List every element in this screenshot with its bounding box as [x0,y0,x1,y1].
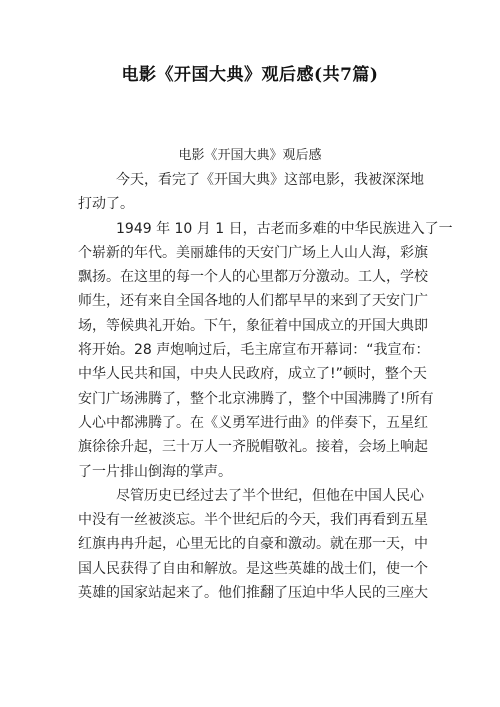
text-line: 旗徐徐升起，三十万人一齐脱帽敬礼。接着，会场上响起 [78,435,424,459]
text-line: 英雄的国家站起来了。他们推翻了压迫中华人民的三座大 [78,581,424,605]
text-line: 师生，还有来自全国各地的人们都早早的来到了天安门广 [78,289,424,313]
essay-subtitle: 电影《开国大典》观后感 [0,144,500,163]
text-line: 个崭新的年代。美丽雄伟的天安门广场上人山人海，彩旗 [78,241,424,265]
text-line: 了一片排山倒海的掌声。 [78,460,424,484]
text-line: 国人民获得了自由和解放。是这些英雄的战士们，使一个 [78,557,424,581]
text-line: 中没有一丝被淡忘。半个世纪后的今天，我们再看到五星 [78,508,424,532]
text-line: 尽管历史已经过去了半个世纪，但他在中国人民心 [78,484,424,508]
text-line: 红旗冉冉升起，心里无比的自豪和激动。就在那一天，中 [78,532,424,556]
text-line: 打动了。 [78,192,424,216]
text-line: 飘扬。在这里的每一个人的心里都万分激动。工人，学校 [78,265,424,289]
essay-body: 今天，看完了《开国大典》这部电影，我被深深地 打动了。 1949 年 10 月 … [78,168,424,605]
text-line: 今天，看完了《开国大典》这部电影，我被深深地 [78,168,424,192]
text-line: 人心中都沸腾了。在《义勇军进行曲》的伴奏下，五星红 [78,411,424,435]
document-title: 电影《开国大典》观后感(共7篇) [0,60,500,85]
text-line: 安门广场沸腾了，整个北京沸腾了，整个中国沸腾了!所有 [78,387,424,411]
text-line: 1949 年 10 月 1 日，古老而多难的中华民族进入了一 [78,217,424,241]
text-line: 中华人民共和国，中央人民政府，成立了!”顿时，整个天 [78,362,424,386]
text-line: 场，等候典礼开始。下午，象征着中国成立的开国大典即 [78,314,424,338]
document-page: 电影《开国大典》观后感(共7篇) 电影《开国大典》观后感 今天，看完了《开国大典… [0,0,500,707]
text-line: 将开始。28 声炮响过后，毛主席宣布开幕词：“我宣布： [78,338,424,362]
